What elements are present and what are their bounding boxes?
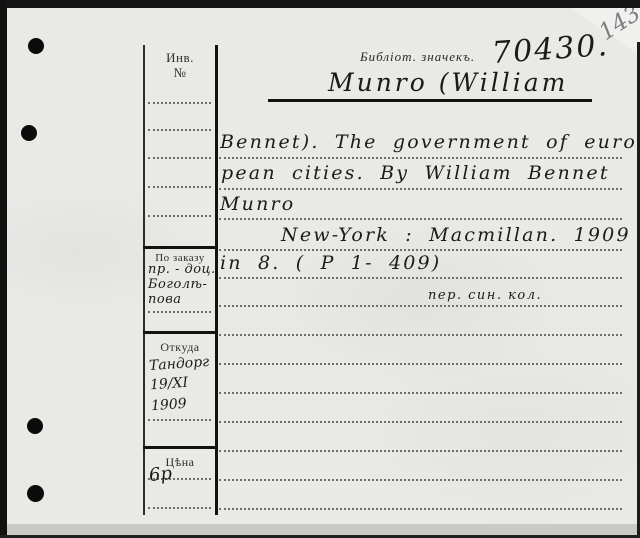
punch-hole [27, 485, 44, 502]
inventory-number-sign: № [145, 65, 215, 81]
order-entry-line: пр. - доц. [148, 262, 216, 277]
ruled-line [219, 277, 622, 279]
inventory-label: Инв. [145, 50, 215, 66]
ruled-line [219, 479, 622, 481]
ruled-line [148, 311, 211, 313]
ruled-line [219, 188, 622, 190]
library-stamp-label: Библіот. значекъ. [360, 49, 475, 65]
body-line: in 8. ( P 1- 409) [220, 252, 441, 274]
heading-author: Munro (William [328, 68, 568, 97]
heading-underline [268, 99, 592, 102]
body-line: New-York : Macmillan. 1909 [281, 224, 631, 246]
ruled-line [219, 157, 622, 159]
origin-entry-line: 19/XI [149, 375, 188, 394]
column-right-rule [215, 45, 218, 515]
catalog-card-scan: 143 Инв. № По заказу Откуда Цѣна пр. - д… [0, 0, 640, 538]
ruled-line [148, 507, 211, 509]
body-line: Bennet). The government of euro- [220, 131, 640, 153]
row-separator [143, 331, 218, 334]
ruled-line [148, 157, 211, 159]
origin-label: Откуда [145, 340, 215, 355]
punch-hole [27, 418, 43, 434]
body-line: pean cities. By William Bennet [221, 162, 610, 184]
ruled-line [148, 215, 211, 217]
scan-edge-left [0, 0, 7, 538]
ruled-line [148, 129, 211, 131]
price-value: 6р [148, 463, 173, 486]
ruled-line [148, 102, 211, 104]
ruled-line [219, 421, 622, 423]
shelf-number: 70430. [491, 28, 610, 71]
ruled-line [219, 249, 622, 251]
bottom-edge-shadow [7, 524, 640, 535]
binding-note: пер. син. кол. [428, 288, 542, 303]
origin-entry-line: 1909 [150, 396, 187, 414]
ruled-line [219, 305, 622, 307]
ruled-line [219, 363, 622, 365]
ruled-line [148, 419, 211, 421]
body-line: Munro [220, 193, 295, 215]
order-entry-line: Боголѣ- [148, 277, 207, 292]
ruled-line [148, 186, 211, 188]
punch-hole [28, 38, 44, 54]
row-separator [143, 446, 218, 449]
punch-hole [21, 125, 37, 141]
ruled-line [219, 218, 622, 220]
scan-edge-top [0, 0, 640, 8]
origin-entry-line: Тандорг [149, 354, 210, 374]
row-separator [143, 246, 218, 249]
order-entry-line: пова [148, 292, 182, 307]
column-left-rule [143, 45, 145, 515]
ruled-line [219, 334, 622, 336]
ruled-line [219, 450, 622, 452]
ruled-line [219, 508, 622, 510]
ruled-line [219, 392, 622, 394]
